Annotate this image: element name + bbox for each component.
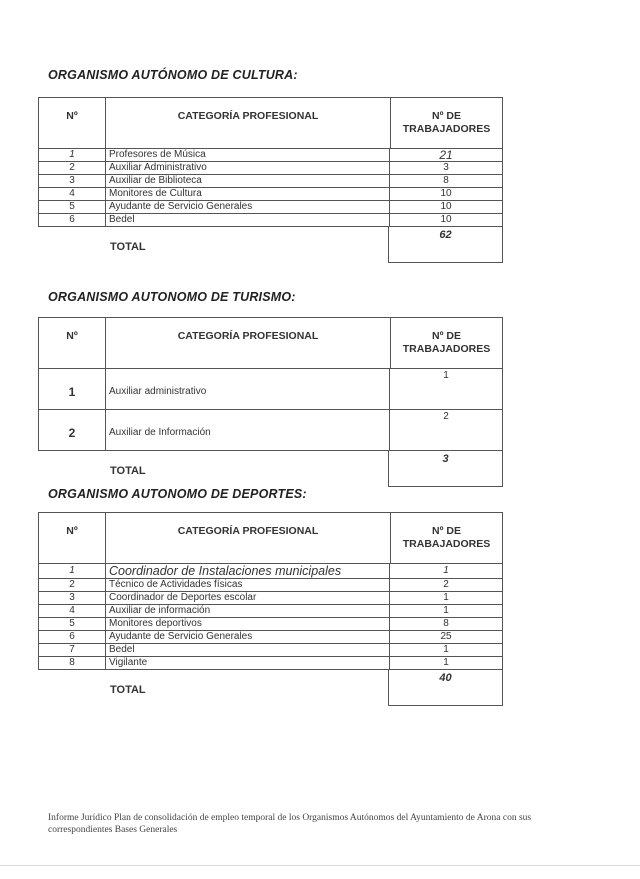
total-row: TOTAL 40: [38, 670, 503, 708]
table-row: 2Auxiliar de Información2: [38, 410, 503, 451]
table-row: 2Técnico de Actividades físicas2: [38, 579, 503, 592]
total-label: TOTAL: [110, 241, 146, 253]
footer-divider: [0, 865, 640, 866]
total-label: TOTAL: [110, 684, 146, 696]
total-label: TOTAL: [110, 465, 146, 477]
table-row: 6Ayudante de Servicio Generales25: [38, 631, 503, 644]
table-row: 5Ayudante de Servicio Generales10: [38, 201, 503, 214]
table-deportes: Nº CATEGORÍA PROFESIONAL Nº DETRABAJADOR…: [38, 512, 503, 708]
table-row: 2Auxiliar Administrativo3: [38, 162, 503, 175]
total-value: 62: [388, 227, 503, 263]
table-row: 6Bedel10: [38, 214, 503, 227]
header-workers: Nº DETRABAJADORES: [391, 318, 502, 368]
table-header: Nº CATEGORÍA PROFESIONAL Nº DETRABAJADOR…: [38, 97, 503, 149]
table-row: 3Coordinador de Deportes escolar1: [38, 592, 503, 605]
table-row: 1Coordinador de Instalaciones municipale…: [38, 564, 503, 579]
total-row: TOTAL 3: [38, 451, 503, 489]
table-header: Nº CATEGORÍA PROFESIONAL Nº DETRABAJADOR…: [38, 317, 503, 369]
header-num: Nº: [39, 513, 106, 563]
table-cultura: Nº CATEGORÍA PROFESIONAL Nº DETRABAJADOR…: [38, 97, 503, 265]
section-title-turismo: ORGANISMO AUTONOMO DE TURISMO:: [48, 290, 296, 304]
table-header: Nº CATEGORÍA PROFESIONAL Nº DETRABAJADOR…: [38, 512, 503, 564]
header-num: Nº: [39, 98, 106, 148]
table-row: 8Vigilante1: [38, 657, 503, 670]
table-turismo: Nº CATEGORÍA PROFESIONAL Nº DETRABAJADOR…: [38, 317, 503, 489]
header-category: CATEGORÍA PROFESIONAL: [106, 318, 391, 368]
header-num: Nº: [39, 318, 106, 368]
header-workers: Nº DETRABAJADORES: [391, 513, 502, 563]
table-row: 7Bedel1: [38, 644, 503, 657]
header-category: CATEGORÍA PROFESIONAL: [106, 98, 391, 148]
section-title-cultura: ORGANISMO AUTÓNOMO DE CULTURA:: [48, 68, 298, 82]
total-value: 3: [388, 451, 503, 487]
table-row: 3Auxiliar de Biblioteca8: [38, 175, 503, 188]
table-row: 5Monitores deportivos8: [38, 618, 503, 631]
footer-text: Informe Jurídico Plan de consolidación d…: [48, 812, 538, 836]
total-value: 40: [388, 670, 503, 706]
total-row: TOTAL 62: [38, 227, 503, 265]
table-row: 1Profesores de Música21: [38, 149, 503, 162]
table-row: 1Auxiliar administrativo1: [38, 369, 503, 410]
table-row: 4Auxiliar de información1: [38, 605, 503, 618]
header-category: CATEGORÍA PROFESIONAL: [106, 513, 391, 563]
section-title-deportes: ORGANISMO AUTONOMO DE DEPORTES:: [48, 487, 307, 501]
table-row: 4Monitores de Cultura10: [38, 188, 503, 201]
header-workers: Nº DETRABAJADORES: [391, 98, 502, 148]
